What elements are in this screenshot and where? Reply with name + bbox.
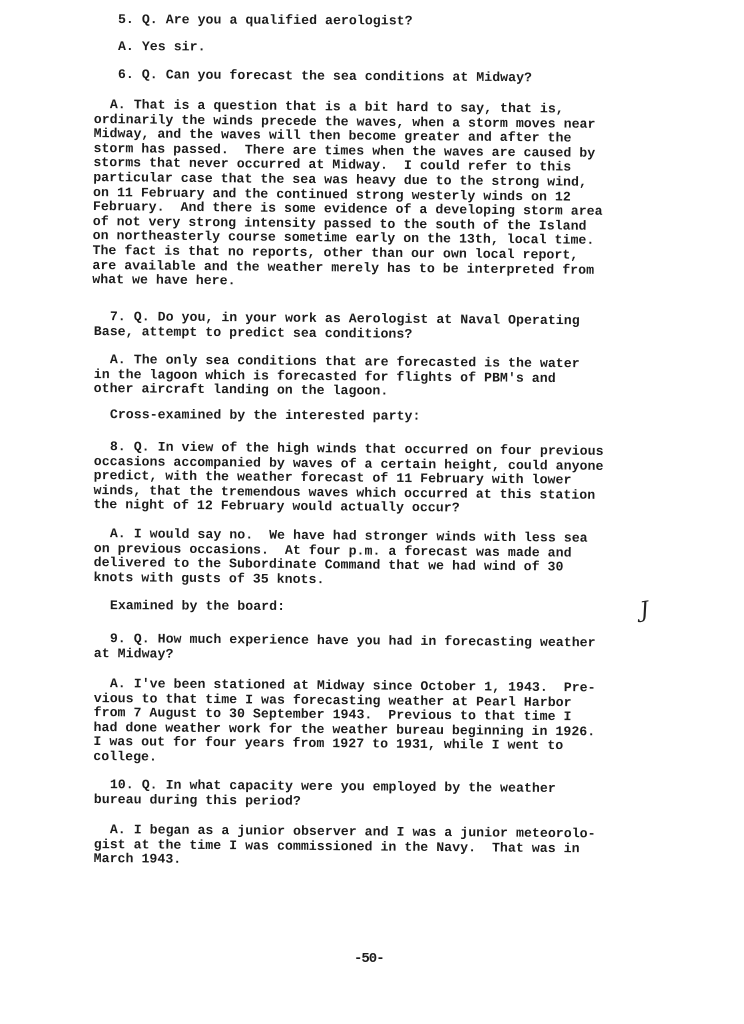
answer-6: A. That is a question that is a bit hard… [92, 98, 603, 293]
section-cross-examined: Cross-examined by the interested party: [94, 408, 421, 424]
document-page: 5. Q. Are you a qualified aerologist? A.… [0, 0, 744, 1024]
question-9: 9. Q. How much experience have you had i… [94, 632, 596, 666]
margin-initial: J [638, 598, 650, 624]
text-line: 5. Q. Are you a qualified aerologist? [118, 13, 413, 29]
question-6: 6. Q. Can you forecast the sea condition… [118, 68, 532, 86]
answer-8: A. I would say no. We have had stronger … [93, 527, 587, 590]
answer-9: A. I've been stationed at Midway since O… [93, 677, 595, 769]
text-line: A. Yes sir. [118, 40, 206, 55]
page-number: -50- [354, 951, 384, 967]
text-line: Cross-examined by the interested party: [94, 408, 421, 424]
section-examined-by-board: Examined by the board: [94, 599, 285, 615]
question-5: 5. Q. Are you a qualified aerologist? [118, 13, 413, 29]
question-10: 10. Q. In what capacity were you employe… [94, 778, 556, 811]
answer-7: A. The only sea conditions that are fore… [94, 353, 580, 401]
question-7: 7. Q. Do you, in your work as Aerologist… [94, 310, 580, 343]
answer-5: A. Yes sir. [118, 40, 206, 55]
text-line: 6. Q. Can you forecast the sea condition… [118, 68, 532, 86]
text-line: Examined by the board: [94, 599, 285, 615]
answer-10: A. I began as a junior observer and I wa… [94, 823, 596, 871]
question-8: 8. Q. In view of the high winds that occ… [93, 440, 603, 518]
